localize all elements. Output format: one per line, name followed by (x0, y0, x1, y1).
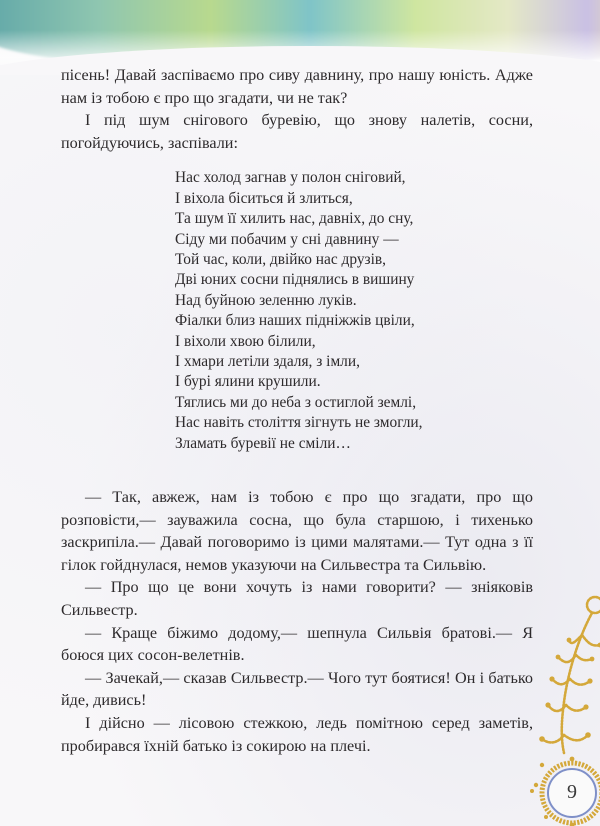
poem-line: Нас навіть століття зігнуть не змогли, (175, 413, 533, 433)
poem-line: Той час, коли, двійко нас друзів, (175, 250, 533, 270)
poem-line: Над буйною зеленню луків. (175, 291, 533, 311)
paragraph: І під шум снігового буревію, що знову на… (61, 109, 533, 154)
poem-line: Фіалки близ наших підніжжів цвіли, (175, 311, 533, 331)
paragraph: — Так, авжеж, нам із тобою є про що згад… (61, 486, 533, 576)
paragraph: — Про що це вони хочуть із нами говорити… (61, 576, 533, 621)
poem-line: Зламать буревії не сміли… (175, 434, 533, 454)
poem-line: Та шум її хилить нас, давніх, до сну, (175, 209, 533, 229)
poem: Нас холод загнав у полон сніговий, І віх… (175, 168, 533, 454)
poem-line: І віхола біситься й злиться, (175, 189, 533, 209)
poem-line: Тяглись ми до неба з остиглой землі, (175, 393, 533, 413)
book-page: пісень! Давай заспіваємо про сиву давнин… (0, 0, 600, 826)
poem-line: Дві юних сосни піднялись в вишину (175, 270, 533, 290)
poem-line: Сіду ми побачим у сні давнину — (175, 230, 533, 250)
poem-line: Нас холод загнав у полон сніговий, (175, 168, 533, 188)
poem-line: І бурі ялини крушили. (175, 372, 533, 392)
page-body: пісень! Давай заспіваємо про сиву давнин… (61, 64, 533, 757)
poem-line: І хмари летіли здаля, з імли, (175, 352, 533, 372)
paragraph: — Краще біжимо додому,— шепнула Сильвія … (61, 622, 533, 667)
paragraph: — Зачекай,— сказав Сильвестр.— Чого тут … (61, 667, 533, 712)
page-number: 9 (547, 767, 597, 817)
poem-line: І віхоли хвою білили, (175, 332, 533, 352)
paragraph: І дійсно — лісовою стежкою, ледь помітно… (61, 712, 533, 757)
paragraph: пісень! Давай заспіваємо про сиву давнин… (61, 64, 533, 109)
